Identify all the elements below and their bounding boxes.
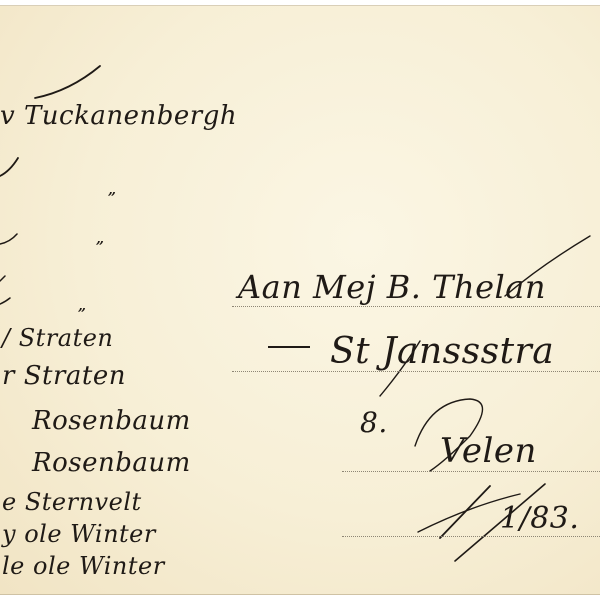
left-line-sternvelt: e Sternvelt xyxy=(2,488,142,516)
ditto-mark-2: „ xyxy=(96,231,104,247)
address-line-1: Aan Mej B. Thelan xyxy=(238,268,546,306)
left-line-rosenbaum-2: Rosenbaum xyxy=(32,448,191,478)
left-line-straten-2: r Straten xyxy=(2,361,126,391)
left-line-1: v Tuckanenbergh xyxy=(0,101,237,131)
address-line-4: Velen xyxy=(440,431,537,471)
left-line-winter-2: le ole Winter xyxy=(2,552,165,580)
postcard: v Tuckanenbergh „ „ „ / Straten r Strate… xyxy=(0,5,600,595)
address-line-2: St Janssstra xyxy=(330,331,554,372)
address-line-3: 8. xyxy=(360,406,388,439)
ditto-mark-3: „ xyxy=(78,298,86,314)
address-rule-1 xyxy=(232,306,600,307)
ditto-mark-1: „ xyxy=(108,182,116,198)
address-rule-4 xyxy=(342,536,600,537)
address-dash xyxy=(268,346,310,348)
left-line-straten-1: / Straten xyxy=(2,324,113,352)
left-line-winter-1: y ole Winter xyxy=(2,520,156,548)
address-rule-3 xyxy=(342,471,600,472)
address-line-5: 1/83. xyxy=(500,501,579,536)
left-line-rosenbaum-1: Rosenbaum xyxy=(32,406,191,436)
